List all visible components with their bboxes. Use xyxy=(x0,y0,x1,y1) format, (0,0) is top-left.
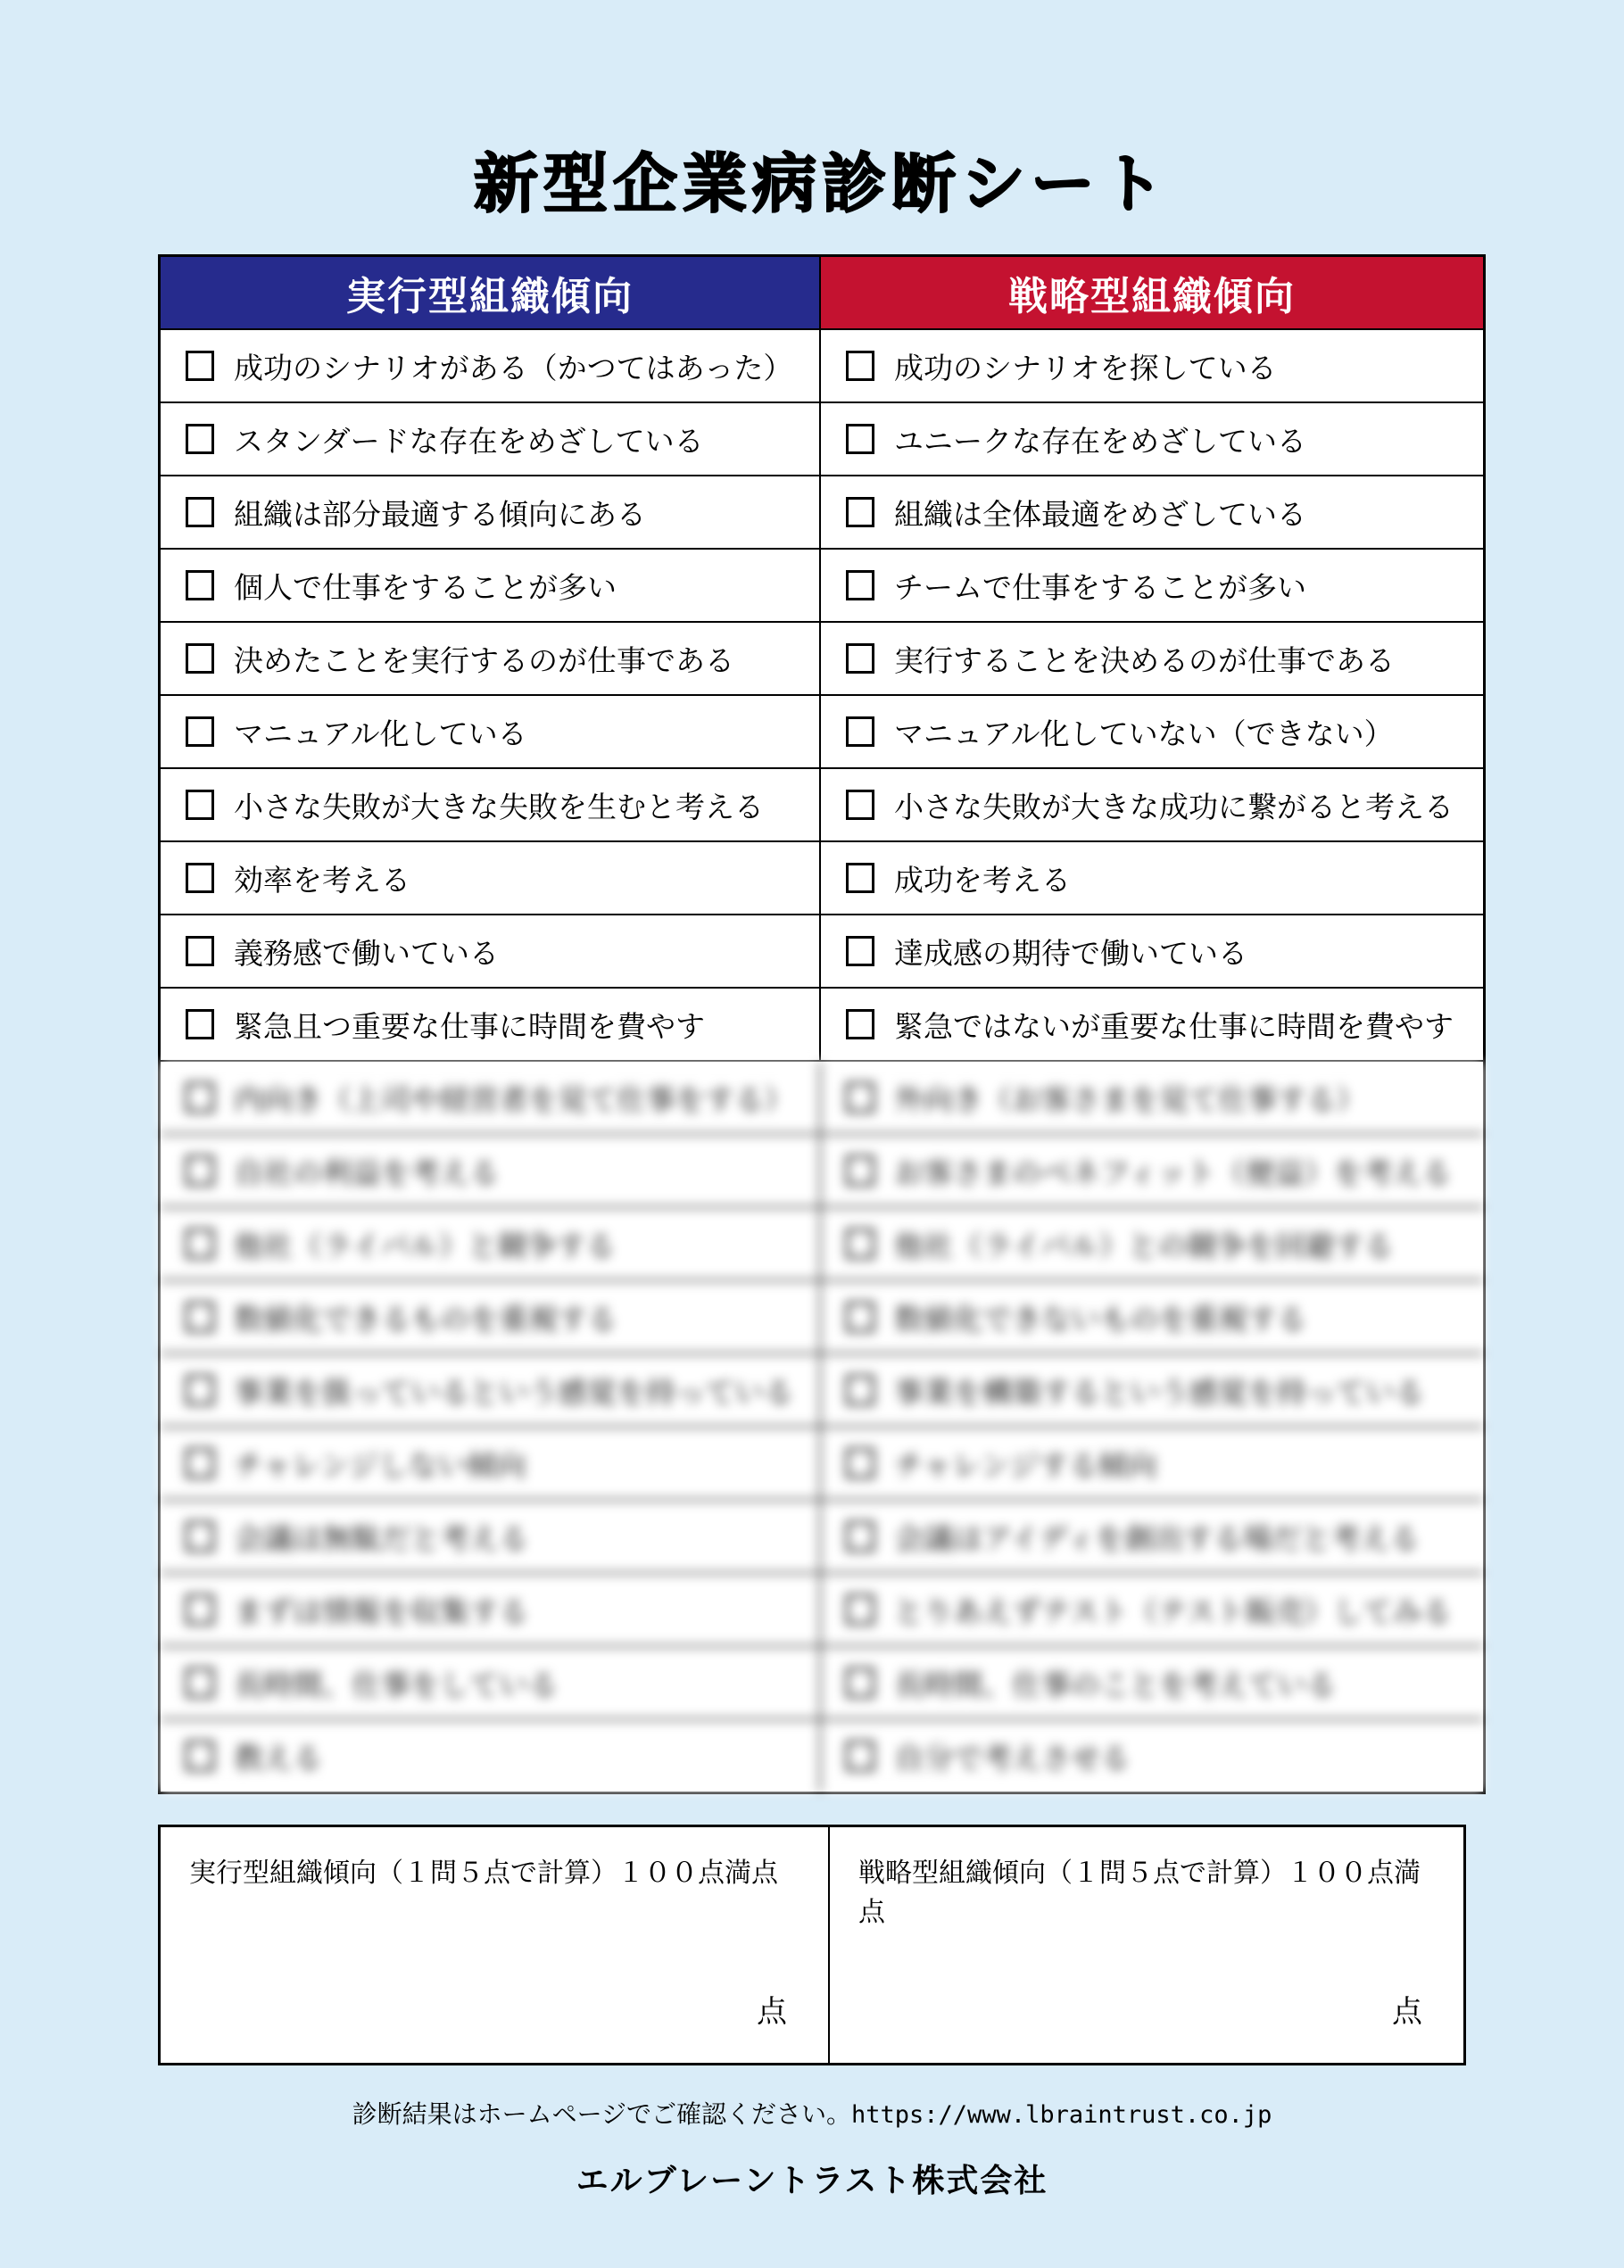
checklist-cell-strategy: 成功のシナリオを探している xyxy=(821,330,1483,401)
checkbox-icon xyxy=(186,1302,214,1332)
checklist-cell-strategy: 実行することを決めるのが仕事である xyxy=(821,623,1483,694)
checklist-cell-strategy: とりあえずテスト（テスト販売）してみる xyxy=(821,1574,1483,1645)
checklist-item-label: 自分で考えさせる xyxy=(894,1735,1130,1777)
checkbox-icon xyxy=(846,1302,874,1332)
checklist-cell-execution: 成功のシナリオがある（かつてはあった） xyxy=(161,330,821,401)
checklist-cell-execution: 組織は部分最適する傾向にある xyxy=(161,476,821,548)
checkbox-icon xyxy=(846,1594,874,1625)
checklist-item-label: 小さな失敗が大きな成功に繋がると考える xyxy=(894,784,1454,826)
checklist-rows-clear: 成功のシナリオがある（かつてはあった）成功のシナリオを探しているスタンダードな存… xyxy=(161,328,1483,1062)
footer-note-text: 診断結果はホームページでご確認ください。 xyxy=(352,2100,851,2128)
checkbox-icon[interactable] xyxy=(846,351,874,381)
table-row: 自社の利益を考えるお客さまのベネフィット（便益）を考える xyxy=(161,1133,1483,1206)
checkbox-icon[interactable] xyxy=(186,497,214,527)
checklist-item-label: 他社（ライバル）との競争を回避する xyxy=(894,1223,1393,1265)
checkbox-icon[interactable] xyxy=(846,424,874,454)
checkbox-icon[interactable] xyxy=(846,643,874,674)
diagnosis-table: 実行型組織傾向 戦略型組織傾向 成功のシナリオがある（かつてはあった）成功のシナ… xyxy=(158,254,1486,1794)
checkbox-icon[interactable] xyxy=(846,497,874,527)
table-row: 長時間、仕事をしている長時間、仕事のことを考えている xyxy=(161,1645,1483,1718)
checkbox-icon xyxy=(186,1741,214,1771)
table-row: 緊急且つ重要な仕事に時間を費やす緊急ではないが重要な仕事に時間を費やす xyxy=(161,987,1483,1060)
checklist-cell-execution: 教える xyxy=(161,1720,821,1792)
checklist-cell-strategy: 他社（ライバル）との競争を回避する xyxy=(821,1208,1483,1279)
checklist-item-label: お客さまのベネフィット（便益）を考える xyxy=(894,1150,1451,1192)
footer-note: 診断結果はホームページでご確認ください。https://www.lbraintr… xyxy=(0,2095,1624,2131)
checklist-item-label: 達成感の期待で働いている xyxy=(894,931,1247,973)
checklist-cell-execution: 自社の利益を考える xyxy=(161,1135,821,1206)
checklist-cell-strategy: 会議はアイディを創出する場だと考える xyxy=(821,1501,1483,1572)
checklist-item-label: 個人で仕事をすることが多い xyxy=(234,565,617,607)
checklist-cell-execution: マニュアル化している xyxy=(161,696,821,767)
table-row: 会議は無駄だと考える会議はアイディを創出する場だと考える xyxy=(161,1499,1483,1572)
checklist-cell-execution: 会議は無駄だと考える xyxy=(161,1501,821,1572)
checklist-cell-execution: 他社（ライバル）と競争する xyxy=(161,1208,821,1279)
checklist-cell-strategy: マニュアル化していない（できない） xyxy=(821,696,1483,767)
checklist-item-label: 組織は部分最適する傾向にある xyxy=(234,492,646,534)
checkbox-icon[interactable] xyxy=(846,716,874,747)
table-row: 決めたことを実行するのが仕事である実行することを決めるのが仕事である xyxy=(161,621,1483,694)
checklist-item-label: 数値化できないものを重視する xyxy=(894,1296,1306,1338)
checklist-cell-strategy: 組織は全体最適をめざしている xyxy=(821,476,1483,548)
checklist-cell-strategy: 小さな失敗が大きな成功に繋がると考える xyxy=(821,769,1483,840)
checklist-item-label: 決めたことを実行するのが仕事である xyxy=(234,638,734,680)
table-row: 個人で仕事をすることが多いチームで仕事をすることが多い xyxy=(161,548,1483,621)
checkbox-icon[interactable] xyxy=(186,863,214,893)
checklist-item-label: 会議は無駄だと考える xyxy=(234,1516,528,1558)
checklist-cell-execution: スタンダードな存在をめざしている xyxy=(161,403,821,475)
checklist-cell-strategy: 自分で考えさせる xyxy=(821,1720,1483,1792)
table-row: 他社（ライバル）と競争する他社（ライバル）との競争を回避する xyxy=(161,1206,1483,1279)
checklist-item-label: マニュアル化している xyxy=(234,711,527,753)
checklist-item-label: とりあえずテスト（テスト販売）してみる xyxy=(894,1589,1451,1631)
checklist-item-label: 義務感で働いている xyxy=(234,931,499,973)
checklist-cell-execution: チャレンジしない傾向 xyxy=(161,1428,821,1499)
checklist-item-label: チームで仕事をすることが多い xyxy=(894,565,1306,607)
page-title: 新型企業病診断シート xyxy=(158,132,1486,225)
table-row: 小さな失敗が大きな失敗を生むと考える小さな失敗が大きな成功に繋がると考える xyxy=(161,767,1483,840)
column-header-strategy: 戦略型組織傾向 xyxy=(821,257,1483,328)
checkbox-icon xyxy=(186,1375,214,1405)
checkbox-icon xyxy=(846,1082,874,1113)
checklist-cell-strategy: 長時間、仕事のことを考えている xyxy=(821,1647,1483,1718)
checkbox-icon[interactable] xyxy=(846,863,874,893)
checklist-item-label: 実行することを決めるのが仕事である xyxy=(894,638,1395,680)
table-row: 数値化できるものを重視する数値化できないものを重視する xyxy=(161,1279,1483,1353)
checklist-item-label: 長時間、仕事のことを考えている xyxy=(894,1662,1336,1704)
checklist-cell-strategy: 事業を構築するという感覚を持っている xyxy=(821,1354,1483,1426)
checkbox-icon[interactable] xyxy=(846,936,874,966)
checklist-item-label: 緊急ではないが重要な仕事に時間を費やす xyxy=(894,1004,1454,1046)
checklist-cell-execution: 事業を扱っているという感覚を持っている xyxy=(161,1354,821,1426)
checklist-cell-execution: 小さな失敗が大きな失敗を生むと考える xyxy=(161,769,821,840)
score-cell-strategy[interactable]: 戦略型組織傾向（１問５点で計算）１００点満点 点 xyxy=(830,1827,1463,2063)
checklist-cell-execution: 内向き（上司や経営者を見て仕事をする） xyxy=(161,1062,821,1133)
column-header-execution: 実行型組織傾向 xyxy=(161,257,821,328)
checklist-cell-strategy: 数値化できないものを重視する xyxy=(821,1281,1483,1353)
checkbox-icon xyxy=(846,1229,874,1259)
checklist-cell-strategy: お客さまのベネフィット（便益）を考える xyxy=(821,1135,1483,1206)
footer-url[interactable]: https://www.lbraintrust.co.jp xyxy=(851,2101,1272,2129)
checkbox-icon[interactable] xyxy=(186,1009,214,1039)
checklist-cell-execution: 数値化できるものを重視する xyxy=(161,1281,821,1353)
checkbox-icon[interactable] xyxy=(186,790,214,820)
checkbox-icon xyxy=(186,1594,214,1625)
checkbox-icon xyxy=(846,1375,874,1405)
checklist-item-label: 成功のシナリオがある（かつてはあった） xyxy=(234,345,792,387)
table-row: 事業を扱っているという感覚を持っている事業を構築するという感覚を持っている xyxy=(161,1353,1483,1426)
table-row: 成功のシナリオがある（かつてはあった）成功のシナリオを探している xyxy=(161,328,1483,401)
checklist-cell-execution: 決めたことを実行するのが仕事である xyxy=(161,623,821,694)
checklist-item-label: 成功を考える xyxy=(894,857,1071,899)
checklist-item-label: マニュアル化していない（できない） xyxy=(894,711,1394,753)
checkbox-icon xyxy=(846,1741,874,1771)
score-unit-strategy: 点 xyxy=(1392,1987,1422,2031)
table-row: 効率を考える成功を考える xyxy=(161,840,1483,914)
checkbox-icon xyxy=(846,1521,874,1552)
checklist-item-label: 組織は全体最適をめざしている xyxy=(894,492,1306,534)
checklist-item-label: チャレンジしない傾向 xyxy=(234,1443,526,1485)
checklist-cell-strategy: チームで仕事をすることが多い xyxy=(821,550,1483,621)
checklist-item-label: 外向き（お客さまを見て仕事する） xyxy=(894,1077,1365,1119)
checkbox-icon[interactable] xyxy=(186,570,214,600)
checklist-item-label: 効率を考える xyxy=(234,857,410,899)
checklist-cell-strategy: 外向き（お客さまを見て仕事する） xyxy=(821,1062,1483,1133)
checklist-cell-strategy: 達成感の期待で働いている xyxy=(821,915,1483,987)
checkbox-icon xyxy=(846,1155,874,1186)
checklist-item-label: 自社の利益を考える xyxy=(234,1150,499,1192)
checkbox-icon xyxy=(186,1521,214,1552)
table-row: マニュアル化しているマニュアル化していない（できない） xyxy=(161,694,1483,767)
checkbox-icon xyxy=(186,1229,214,1259)
checkbox-icon xyxy=(186,1155,214,1186)
table-row: 義務感で働いている達成感の期待で働いている xyxy=(161,914,1483,987)
checklist-cell-execution: まずは情報を収集する xyxy=(161,1574,821,1645)
checkbox-icon xyxy=(846,1668,874,1698)
checkbox-icon[interactable] xyxy=(846,570,874,600)
checklist-item-label: 内向き（上司や経営者を見て仕事をする） xyxy=(234,1077,793,1119)
checkbox-icon xyxy=(846,1448,874,1478)
checklist-item-label: チャレンジする傾向 xyxy=(894,1443,1156,1485)
table-row: 組織は部分最適する傾向にある組織は全体最適をめざしている xyxy=(161,475,1483,548)
checklist-cell-execution: 効率を考える xyxy=(161,842,821,914)
checkbox-icon[interactable] xyxy=(846,790,874,820)
checkbox-icon[interactable] xyxy=(186,351,214,381)
checkbox-icon xyxy=(186,1448,214,1478)
checkbox-icon[interactable] xyxy=(846,1009,874,1039)
table-row: 教える自分で考えさせる xyxy=(161,1718,1483,1792)
checkbox-icon[interactable] xyxy=(186,936,214,966)
score-label-strategy: 戦略型組織傾向（１問５点で計算）１００点満点 xyxy=(858,1858,1421,1927)
checkbox-icon xyxy=(186,1668,214,1698)
checklist-item-label: 数値化できるものを重視する xyxy=(234,1296,617,1338)
checklist-rows-blurred: 内向き（上司や経営者を見て仕事をする）外向き（お客さまを見て仕事する）自社の利益… xyxy=(161,1062,1483,1792)
checklist-item-label: 長時間、仕事をしている xyxy=(234,1662,558,1704)
checklist-cell-execution: 個人で仕事をすることが多い xyxy=(161,550,821,621)
checklist-item-label: 緊急且つ重要な仕事に時間を費やす xyxy=(234,1004,705,1046)
score-label-execution: 実行型組織傾向（１問５点で計算）１００点満点 xyxy=(189,1858,778,1888)
checklist-cell-execution: 長時間、仕事をしている xyxy=(161,1647,821,1718)
score-cell-execution[interactable]: 実行型組織傾向（１問５点で計算）１００点満点 点 xyxy=(161,1827,830,2063)
score-unit-execution: 点 xyxy=(757,1987,787,2031)
checklist-cell-strategy: 緊急ではないが重要な仕事に時間を費やす xyxy=(821,989,1483,1060)
checklist-item-label: 教える xyxy=(234,1735,322,1777)
checklist-cell-execution: 義務感で働いている xyxy=(161,915,821,987)
checkbox-icon[interactable] xyxy=(186,424,214,454)
checklist-item-label: 他社（ライバル）と競争する xyxy=(234,1223,615,1265)
checklist-item-label: ユニークな存在をめざしている xyxy=(894,418,1306,460)
table-row: 内向き（上司や経営者を見て仕事をする）外向き（お客さまを見て仕事する） xyxy=(161,1062,1483,1133)
checkbox-icon[interactable] xyxy=(186,643,214,674)
checklist-item-label: 会議はアイディを創出する場だと考える xyxy=(894,1516,1419,1558)
checklist-cell-strategy: チャレンジする傾向 xyxy=(821,1428,1483,1499)
checklist-cell-strategy: 成功を考える xyxy=(821,842,1483,914)
checklist-cell-execution: 緊急且つ重要な仕事に時間を費やす xyxy=(161,989,821,1060)
footer-company-name: エルブレーントラスト株式会社 xyxy=(0,2156,1624,2201)
checklist-item-label: 小さな失敗が大きな失敗を生むと考える xyxy=(234,784,764,826)
checklist-item-label: スタンダードな存在をめざしている xyxy=(234,418,704,460)
checklist-item-label: 成功のシナリオを探している xyxy=(894,345,1277,387)
score-table: 実行型組織傾向（１問５点で計算）１００点満点 点 戦略型組織傾向（１問５点で計算… xyxy=(158,1825,1466,2065)
table-row: チャレンジしない傾向チャレンジする傾向 xyxy=(161,1426,1483,1499)
checklist-item-label: 事業を構築するという感覚を持っている xyxy=(894,1370,1424,1411)
checklist-item-label: まずは情報を収集する xyxy=(234,1589,528,1631)
table-header-row: 実行型組織傾向 戦略型組織傾向 xyxy=(161,257,1483,328)
checklist-item-label: 事業を扱っているという感覚を持っている xyxy=(234,1370,793,1411)
checkbox-icon xyxy=(186,1082,214,1113)
table-row: まずは情報を収集するとりあえずテスト（テスト販売）してみる xyxy=(161,1572,1483,1645)
checkbox-icon[interactable] xyxy=(186,716,214,747)
checklist-cell-strategy: ユニークな存在をめざしている xyxy=(821,403,1483,475)
table-row: スタンダードな存在をめざしているユニークな存在をめざしている xyxy=(161,401,1483,475)
